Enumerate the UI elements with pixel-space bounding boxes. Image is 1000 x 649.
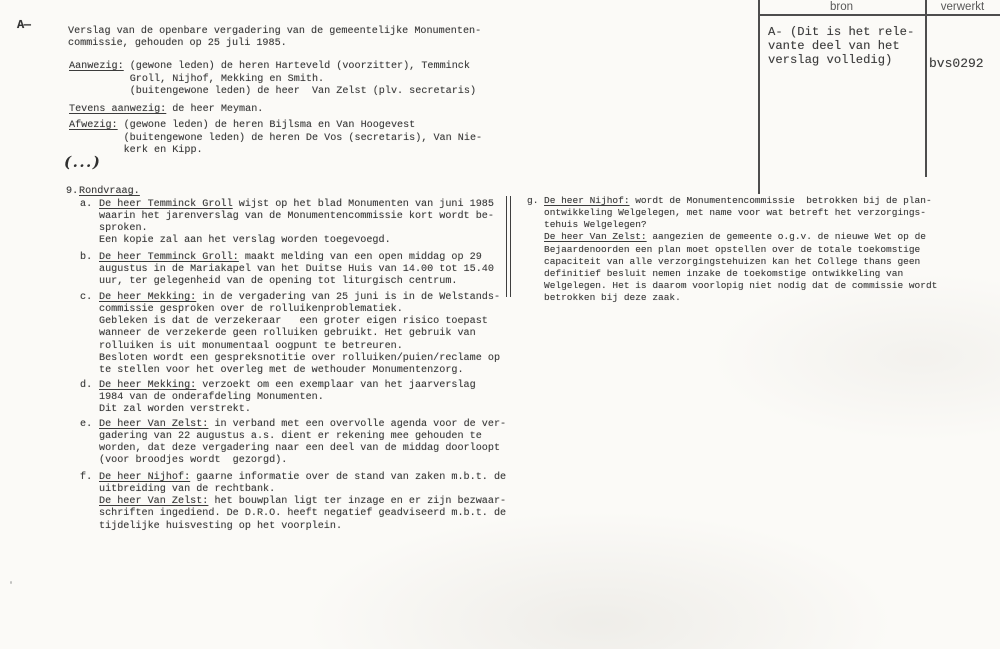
table-column-divider bbox=[925, 0, 927, 177]
aanwezig-label: Aanwezig: bbox=[69, 61, 124, 99]
afwezig-text: (gewone leden) de heren Bijlsma en Van H… bbox=[124, 120, 482, 158]
margin-emphasis-mark bbox=[506, 196, 511, 297]
section-title: Rondvraag. bbox=[79, 186, 140, 197]
item-letter: c. bbox=[80, 292, 99, 377]
intro-paragraph: Verslag van de openbare vergadering van … bbox=[68, 26, 481, 50]
speaker-name: De heer Mekking: bbox=[99, 292, 196, 303]
scan-speck bbox=[10, 581, 12, 584]
rondvraag-item-c: c.De heer Mekking: in de vergadering van… bbox=[80, 292, 500, 377]
rondvraag-item-d: d.De heer Mekking: verzoekt om een exemp… bbox=[80, 380, 476, 416]
item-letter: b. bbox=[80, 252, 99, 288]
rondvraag-item-g: g.De heer Nijhof: wordt de Monumentencom… bbox=[527, 195, 937, 304]
aanwezig-text: (gewone leden) de heren Harteveld (voorz… bbox=[130, 61, 476, 99]
verwerkt-column-header: verwerkt bbox=[925, 1, 1000, 14]
source-annotation-note: A- (Dit is het rele- vante deel van het … bbox=[768, 26, 914, 68]
item-letter: e. bbox=[80, 419, 99, 468]
item-text: in de vergadering van 25 juni is in de W… bbox=[99, 292, 500, 376]
rondvraag-item-f: f.De heer Nijhof: gaarne informatie over… bbox=[80, 472, 506, 533]
aanwezig-block: Aanwezig:(gewone leden) de heren Harteve… bbox=[69, 61, 476, 99]
table-left-divider bbox=[758, 0, 760, 194]
rondvraag-item-e: e.De heer Van Zelst: in verband met een … bbox=[80, 419, 506, 468]
section-heading-rondvraag: 9.Rondvraag. bbox=[66, 186, 140, 198]
item-letter: g. bbox=[527, 195, 544, 304]
tevens-aanwezig-label: Tevens aanwezig: bbox=[69, 104, 166, 116]
verwerkt-code: bvs0292 bbox=[929, 56, 984, 71]
rondvraag-item-a: a.De heer Temminck Groll wijst op het bl… bbox=[80, 199, 494, 248]
item-letter: a. bbox=[80, 199, 99, 248]
item-letter: d. bbox=[80, 380, 99, 416]
speaker-name: De heer Mekking: bbox=[99, 380, 196, 391]
speaker-name: De heer Temminck Groll: bbox=[99, 252, 239, 263]
speaker-name-2: De heer Van Zelst: bbox=[544, 231, 647, 242]
rondvraag-item-b: b.De heer Temminck Groll: maakt melding … bbox=[80, 252, 494, 288]
tevens-aanwezig-block: Tevens aanwezig:de heer Meyman. bbox=[69, 104, 263, 116]
item-letter: f. bbox=[80, 472, 99, 533]
afwezig-block: Afwezig:(gewone leden) de heren Bijlsma … bbox=[69, 120, 482, 158]
section-number: 9. bbox=[66, 186, 79, 198]
bron-column-header: bron bbox=[758, 1, 925, 14]
scanned-document-page: A— Verslag van de openbare vergadering v… bbox=[0, 0, 1000, 649]
omission-ellipsis: (...) bbox=[64, 153, 101, 171]
margin-mark-a: A— bbox=[17, 18, 30, 32]
speaker-name: De heer Temminck Groll bbox=[99, 199, 233, 210]
speaker-name: De heer Nijhof: bbox=[99, 472, 190, 483]
speaker-name: De heer Van Zelst: bbox=[99, 419, 208, 430]
tevens-aanwezig-text: de heer Meyman. bbox=[172, 104, 263, 116]
speaker-name: De heer Nijhof: bbox=[544, 195, 630, 206]
table-header-rule bbox=[758, 14, 1000, 16]
speaker-name-2: De heer Van Zelst: bbox=[99, 496, 208, 507]
